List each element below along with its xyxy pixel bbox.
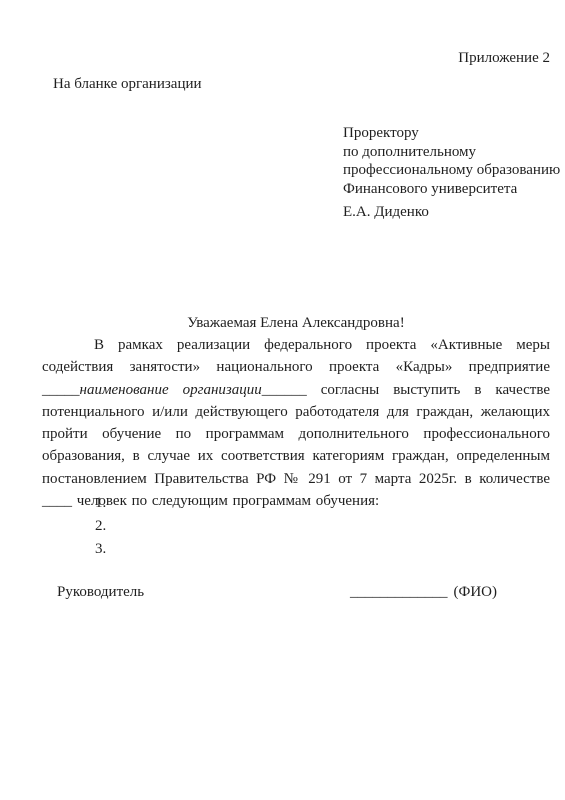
org-name-placeholder: наименование организации	[80, 382, 262, 398]
program-list: 1. 2. 3.	[95, 492, 106, 562]
recipient-line: Финансового университета	[343, 180, 560, 199]
letterhead-note: На бланке организации	[53, 76, 202, 93]
signature-blank-line: _____________	[350, 584, 448, 600]
signature-role: Руководитель	[57, 584, 144, 601]
list-item: 3.	[95, 538, 106, 561]
body-text-after-org: согласны выступить в качестве потенциаль…	[42, 382, 550, 509]
signature-fill: _____________(ФИО)	[350, 584, 497, 601]
fio-label: (ФИО)	[453, 584, 497, 600]
signature-row: Руководитель _____________(ФИО)	[57, 584, 497, 601]
body-paragraph: В рамках реализации федерального проекта…	[42, 334, 550, 512]
list-item: 2.	[95, 515, 106, 538]
recipient-line: по дополнительному	[343, 143, 560, 162]
list-item: 1.	[95, 492, 106, 515]
salutation: Уважаемая Елена Александровна!	[42, 315, 550, 332]
recipient-line: Проректору	[343, 124, 560, 143]
recipient-name: Е.А. Диденко	[343, 203, 560, 222]
appendix-label: Приложение 2	[42, 50, 550, 67]
org-blank-prefix: _____	[42, 382, 80, 398]
letter-page: Приложение 2 На бланке организации Проре…	[0, 0, 565, 800]
body-text-before-org: В рамках реализации федерального проекта…	[42, 337, 550, 375]
org-blank-suffix: ______	[262, 382, 307, 398]
recipient-block: Проректору по дополнительному профессион…	[343, 124, 560, 222]
recipient-line: профессиональному образованию	[343, 161, 560, 180]
